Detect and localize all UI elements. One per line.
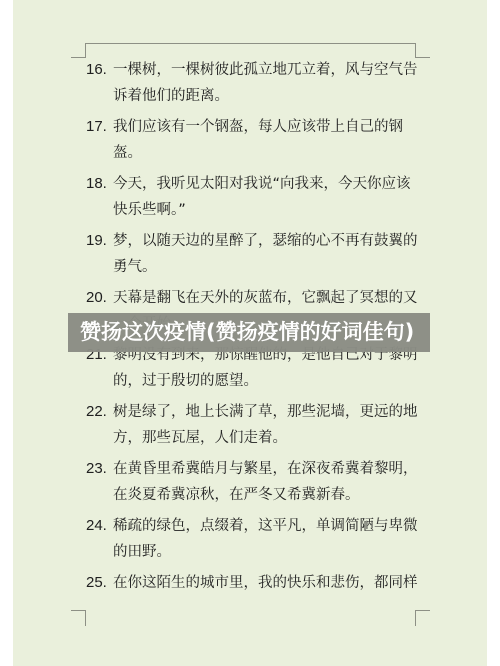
item-text-line: 树是绿了，地上长满了草，那些泥墙，更远的地 <box>113 399 431 425</box>
list-item: 16. 一棵树，一棵树彼此孤立地兀立着，风与空气告 诉着他们的距离。 <box>86 57 431 109</box>
list-item: 19. 梦，以随天边的星醉了，瑟缩的心不再有鼓翼的 勇气。 <box>86 228 431 280</box>
list-item: 18. 今天，我听见太阳对我说“向我来，今天你应该 快乐些啊。” <box>86 171 431 223</box>
item-text-line: 在你这陌生的城市里，我的快乐和悲伤，都同样 <box>113 570 431 596</box>
item-text-line: 勇气。 <box>113 254 431 280</box>
list-item: 24. 稀疏的绿色，点缀着，这平凡，单调简陋与卑微 的田野。 <box>86 513 431 565</box>
item-number: 18. <box>86 171 113 223</box>
item-text-line: 方，那些瓦屋，人们走着。 <box>113 425 431 451</box>
list-item: 23. 在黄昏里希冀皓月与繁星，在深夜希冀着黎明， 在炎夏希冀凉秋，在严冬又希冀… <box>86 456 431 508</box>
crop-mark-bottom-right <box>415 610 430 626</box>
item-number: 19. <box>86 228 113 280</box>
item-number: 22. <box>86 399 113 451</box>
item-text-line: 我们应该有一个钢盔，每人应该带上自己的钢 <box>113 114 431 140</box>
item-text-line: 快乐些啊。” <box>113 197 431 223</box>
item-text-line: 的田野。 <box>113 539 431 565</box>
crop-mark-top-right <box>415 43 430 58</box>
list-item: 22. 树是绿了，地上长满了草，那些泥墙，更远的地 方，那些瓦屋，人们走着。 <box>86 399 431 451</box>
item-number: 25. <box>86 570 113 596</box>
item-text-line: 天幕是翻飞在天外的灰蓝布，它飘起了冥想的又 <box>113 285 431 311</box>
crop-mark-bottom-left <box>71 610 86 626</box>
page-top-border-line <box>85 43 415 44</box>
item-text-line: 一棵树，一棵树彼此孤立地兀立着，风与空气告 <box>113 57 431 83</box>
item-text-line: 今天，我听见太阳对我说“向我来，今天你应该 <box>113 171 431 197</box>
item-number: 17. <box>86 114 113 166</box>
item-text-line: 在黄昏里希冀皓月与繁星，在深夜希冀着黎明， <box>113 456 431 482</box>
crop-mark-top-left <box>71 43 86 58</box>
item-text-line: 稀疏的绿色，点缀着，这平凡，单调简陋与卑微 <box>113 513 431 539</box>
item-text-line: 诉着他们的距离。 <box>113 83 431 109</box>
list-item: 25. 在你这陌生的城市里，我的快乐和悲伤，都同样 <box>86 570 431 596</box>
item-number: 23. <box>86 456 113 508</box>
item-text-line: 盔。 <box>113 140 431 166</box>
item-number: 16. <box>86 57 113 109</box>
item-number: 24. <box>86 513 113 565</box>
item-text-line: 的，过于殷切的愿望。 <box>113 368 431 394</box>
item-text-line: 在炎夏希冀凉秋，在严冬又希冀新春。 <box>113 482 431 508</box>
item-text-line: 梦，以随天边的星醉了，瑟缩的心不再有鼓翼的 <box>113 228 431 254</box>
title-overlay-banner: 赞扬这次疫情(赞扬疫情的好词佳句) <box>68 313 430 352</box>
list-item: 17. 我们应该有一个钢盔，每人应该带上自己的钢 盔。 <box>86 114 431 166</box>
